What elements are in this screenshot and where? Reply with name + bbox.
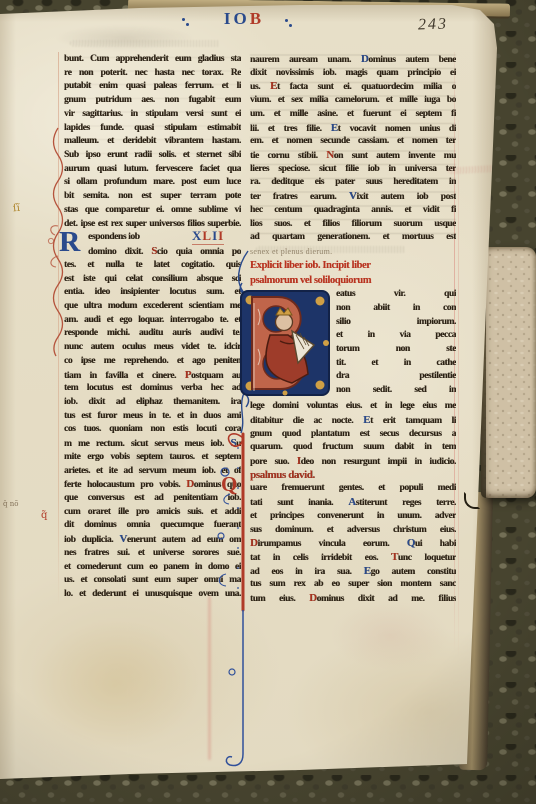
text-line: naurem auream unam. Dominus autem bene: [250, 53, 456, 67]
text-line: quarum. quod fructum suum dabit in tem: [250, 441, 456, 455]
running-title: IOB: [198, 9, 290, 29]
offset-scribble-stain: [55, 25, 195, 51]
text-line: dra pestilentie: [336, 370, 456, 384]
text-line: psalmus david.: [250, 469, 456, 483]
text-line: tit. et in cathe: [336, 357, 456, 371]
pen-flourish-descender: [212, 424, 260, 776]
text-column-right: naurem auream unam. Dominus autem benedi…: [250, 53, 456, 606]
text-line: pore suo. Ideo non resurgunt impii in iu…: [250, 455, 456, 469]
colored-initial: V: [119, 533, 127, 545]
text-line: re non poterit. nec hasta nec torax. Re: [64, 67, 241, 81]
text-line: et principes convenerunt in unum. adver: [250, 510, 456, 524]
text-line: tes. et nulla te latet cogitatio. quis: [64, 259, 241, 273]
text-line: sus dominum. et adversus christum eius.: [250, 524, 456, 538]
beatus-initial-block: eatus vir. quinon abiit in consilio impi…: [250, 288, 456, 400]
title-letter: B: [250, 9, 264, 28]
historiated-initial-B: [240, 289, 332, 399]
text-line: nunc autem oculus meus videt te. idcir: [64, 341, 241, 355]
beatus-wrap-text: eatus vir. quinon abiit in consilio impi…: [336, 288, 456, 398]
explicit-incipit-rubric: Explicit liber iob. Incipit liberpsalmor…: [250, 259, 456, 288]
margin-small-note: q̄ nõ: [3, 500, 18, 508]
text-line: Dirumpamus vincula eorum. Qui habi: [250, 537, 456, 551]
text-line: lios suos. et filios filiorum suorum usq…: [250, 218, 456, 232]
text-line: non sedit. sed in: [336, 384, 456, 398]
title-letter: L: [202, 228, 212, 243]
text-line: vir sagittarius. in stipulam versi sunt …: [64, 108, 241, 122]
colored-initial: D: [186, 478, 194, 490]
text-line: vium. et sex milia camelorum. et mille i…: [250, 94, 456, 108]
faded-top-scribble: [70, 40, 220, 47]
text-line: malleum. et deridebit vibrantem hastam.: [64, 135, 241, 149]
ruling-line-right-2: [458, 120, 459, 660]
parchment-fore-edge-tab: [481, 247, 536, 498]
red-penwork-flourish: [46, 126, 68, 356]
text-line: bit semita. non est super terram pote: [64, 190, 241, 204]
text-line: ditabitur die ac nocte. Et erit tamquam …: [250, 414, 456, 428]
text-line: dixit novissimis iob. magis quam princip…: [250, 67, 456, 81]
text-line: lii. et tres filie. Et vocavit nomen uni…: [250, 122, 456, 136]
text-line: est iste qui celat consilium absque sci: [64, 273, 241, 287]
text-line: ad quartam generationem. et mortuus est: [250, 231, 456, 245]
text-line: stas que comparetur ei. omne sublime vi: [64, 204, 241, 218]
manuscript-page: IOB 243 bunt. Cum apprehenderit eum glad…: [0, 0, 502, 790]
colored-initial: E: [364, 565, 371, 577]
parchment-stain: [30, 620, 200, 750]
text-line: em. et nomen secunde cassiam. et nomen t…: [250, 135, 456, 149]
text-line: lege domini voluntas eius. et in lege ei…: [250, 400, 456, 414]
offset-stain-line: [208, 596, 211, 760]
colored-initial: E: [331, 122, 338, 134]
margin-gold-mark: ſĩ: [12, 203, 20, 215]
folio-number: 243: [418, 15, 449, 34]
text-line: hec centum quadraginta annis. et vidit f…: [250, 204, 456, 218]
text-line: ad eos in ira sua. Ego autem constitu: [250, 565, 456, 579]
page-left-shading: [0, 0, 16, 790]
text-line: bunt. Cum apprehenderit eum gladius sta: [64, 53, 241, 67]
text-line: co ipse me reprehendo. et ago peniten: [64, 355, 241, 369]
text-line: lieres speciose. sicut filie iob in univ…: [250, 163, 456, 177]
text-line: et in via pecca: [336, 329, 456, 343]
text-line: torum non ste: [336, 343, 456, 357]
text-line: tus est furor meus in te. et in duos ami: [64, 410, 241, 424]
colored-initial: E: [363, 414, 370, 426]
text-line: um. et mille asine. et fuerunt ei septem…: [250, 108, 456, 122]
text-line: ra. deditque eis pater suus hereditatem …: [250, 176, 456, 190]
faded-gloss-scribble: [256, 246, 406, 253]
text-line: silio impiorum.: [336, 316, 456, 330]
colored-initial: N: [326, 149, 334, 161]
text-line: am. audi et ego loquar. interrogabo te. …: [64, 314, 241, 328]
text-line: tiam in favilla et cinere. Postquam au: [64, 369, 241, 383]
text-line: Explicit liber iob. Incipit liber: [250, 259, 456, 274]
text-line: tem locutus est dominus verba hec ad: [64, 382, 241, 396]
text-line: tat in celis irridebit eos. Tunc loquetu…: [250, 551, 456, 565]
text-line: si ollam profundum mare. post eum luce: [64, 176, 241, 190]
text-line: tus sum rex ab eo super sion montem sanc: [250, 578, 456, 592]
colored-initial: T: [391, 551, 398, 563]
right-column-bottom: psalmus david.uare fremuerunt gentes. et…: [250, 469, 456, 606]
text-line: aurum quasi lutum. fervescere faciet qua: [64, 163, 241, 177]
text-line: lapides funde. quasi stipulam estimabit: [64, 122, 241, 136]
title-letter: X: [192, 228, 202, 243]
right-column-mid: lege domini voluntas eius. et in lege ei…: [250, 400, 456, 469]
colored-initial: E: [270, 80, 277, 92]
colored-initial: D: [361, 53, 369, 65]
colored-initial: Q: [407, 537, 415, 549]
header-flourish-right: [285, 19, 293, 28]
margin-red-paraph: q̃: [41, 510, 47, 521]
text-line: putabit enim quasi paleas ferrum. et li: [64, 80, 241, 94]
title-letter: I: [218, 228, 224, 243]
text-line: tie cornu stibii. Non sunt autem invente…: [250, 149, 456, 163]
header-flourish-left: [182, 18, 190, 27]
colored-initial: V: [349, 190, 357, 202]
colored-initial: A: [348, 496, 356, 508]
right-column-upper: naurem auream unam. Dominus autem benedi…: [250, 53, 456, 245]
text-line: ter fratres earum. Vixit autem iob post: [250, 190, 456, 204]
manuscript-photo: IOB 243 bunt. Cum apprehenderit eum glad…: [0, 0, 536, 804]
text-line: eatus vir. qui: [336, 288, 456, 302]
colored-initial: I: [297, 455, 301, 467]
text-line: responde michi. auditu auris audivi te.: [64, 327, 241, 341]
chapter-number-xlii: XLII: [192, 228, 224, 245]
title-letter: O: [234, 9, 250, 28]
text-line: uare fremuerunt gentes. et populi medi: [250, 482, 456, 496]
colored-initial: P: [185, 369, 191, 381]
text-line: domino dixit. Scio quia omnia po: [64, 245, 241, 259]
colored-initial: S: [151, 245, 157, 257]
text-line: psalmorum vel soliloquiorum: [250, 274, 456, 289]
colored-initial: D: [309, 592, 317, 604]
title-letter: I: [224, 9, 234, 28]
text-line: gnum quod plantatum est secus decursus a: [250, 428, 456, 442]
text-line: gnum putridum aes. non fugabit eum: [64, 94, 241, 108]
text-line: Sub ipso erunt radii solis. et sternet s…: [64, 149, 241, 163]
text-line: iob. dixit ad eliphaz themanitem. ira: [64, 396, 241, 410]
text-line: que ultra modum excederent scientiam me: [64, 300, 241, 314]
text-line: tati sunt inania. Astiterunt reges terre…: [250, 496, 456, 510]
text-line: tum eius. Dominus dixit ad me. filius: [250, 592, 456, 606]
text-line: entia. ideo insipienter locutus sum. et: [64, 286, 241, 300]
text-line: non abiit in con: [336, 302, 456, 316]
faded-margin-note: [448, 165, 504, 175]
parchment-stain: [330, 600, 450, 670]
text-line: us. Et facta sunt ei. quatuordecim milia…: [250, 80, 456, 94]
